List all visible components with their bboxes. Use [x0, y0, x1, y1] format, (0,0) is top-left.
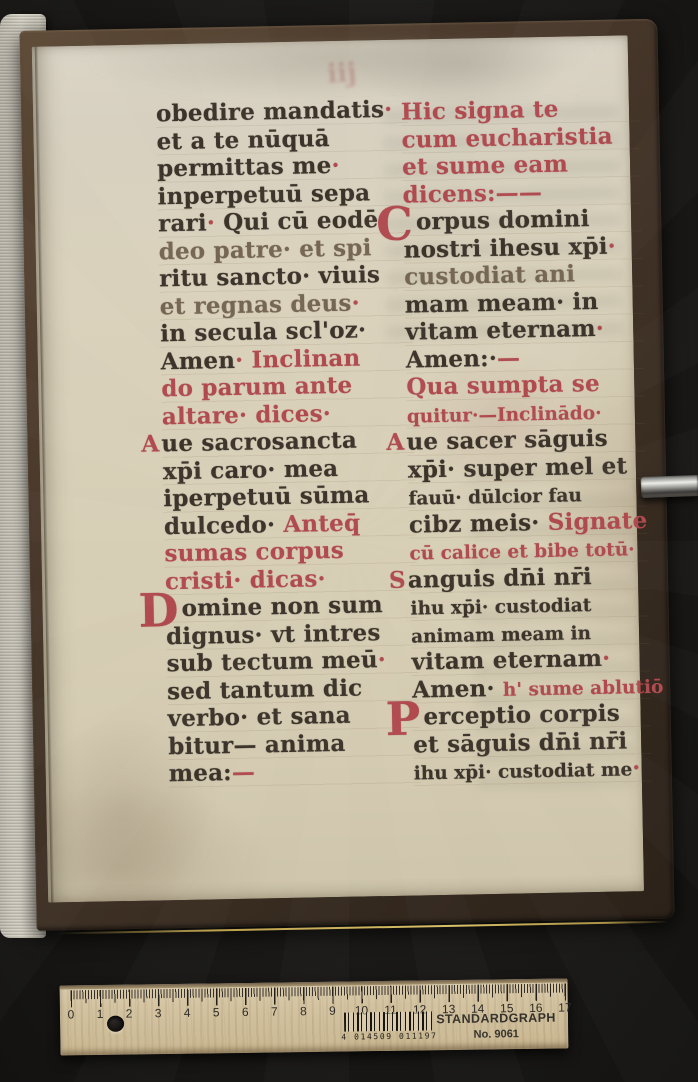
text-segment: xp̄i· super mel et: [408, 452, 628, 483]
text-segment: et sume eam: [402, 150, 568, 180]
manuscript-text-line: cum eucharistia: [401, 122, 639, 154]
text-segment: Inclinan: [251, 344, 360, 373]
text-segment: fauū· dūlcior fau: [408, 485, 582, 509]
text-segment: vitam eternam: [405, 315, 596, 346]
manuscript-text-line: rari· Qui cū eodē: [158, 206, 410, 238]
text-segment: mea:: [168, 759, 232, 787]
text-segment: et regnas deus: [159, 289, 351, 320]
text-segment: D: [138, 583, 179, 638]
text-segment: Signate: [547, 507, 647, 536]
manuscript-text-line: cū calice et bibe totū·: [409, 534, 647, 566]
ruler-brand-label: STANDARDGRAPH: [432, 1011, 560, 1027]
text-segment: quitur·—Inclinādo·: [407, 402, 602, 427]
text-segment: h' sume ablutiō: [503, 676, 664, 700]
ruler-number: 7: [271, 1005, 278, 1019]
text-segment: custodiat ani: [404, 260, 575, 290]
text-segment: bitur— anima: [168, 729, 346, 759]
text-segment: ·: [596, 315, 605, 342]
text-segment: cristi· dicas·: [165, 565, 326, 595]
text-segment: ·: [378, 646, 387, 673]
text-segment: sumas corpus: [164, 537, 344, 567]
text-segment: anguis dn̄i nr̄i: [408, 563, 593, 594]
text-segment: mam meam· in: [404, 287, 598, 318]
ruler-barcode: [344, 1011, 432, 1031]
text-segment: Hic signa te: [401, 96, 559, 126]
text-segment: Qui cū eodē: [215, 206, 379, 236]
manuscript-text-line: ihu xp̄i· custodiat me·: [413, 754, 651, 786]
ruler-number: 17: [558, 1000, 572, 1014]
text-segment: cū calice et bibe totū·: [409, 539, 635, 564]
ruler-number: 2: [126, 1007, 133, 1021]
ruler-number: 1: [97, 1007, 104, 1021]
text-segment: ritu sancto· viuis: [159, 261, 380, 292]
text-segment: omine non sum: [181, 591, 383, 622]
ruler-number: 5: [213, 1005, 220, 1019]
text-segment: Amen: [161, 346, 236, 374]
text-segment: animam meam in: [411, 623, 591, 647]
text-segment: nostri ihesu xp̄i: [403, 232, 607, 263]
faint-folio-mark: iij: [326, 58, 357, 90]
measuring-ruler: 01234567891011121314151617 4 014509 0111…: [60, 978, 569, 1055]
text-segment: —: [497, 344, 521, 371]
text-column-right: Hic signa tecum eucharistiaet sume eamdi…: [401, 94, 652, 786]
text-segment: Qua sumpta se: [406, 370, 600, 401]
ruler-number: 3: [155, 1006, 162, 1020]
text-segment: cibz meis·: [409, 508, 548, 538]
ruler-barcode-digits: 4 014509 011197: [341, 1031, 437, 1041]
text-segment: vitam eternam: [411, 645, 602, 676]
text-segment: erceptio corpis: [423, 700, 620, 731]
text-segment: Amen·: [412, 674, 503, 703]
text-segment: cum eucharistia: [401, 122, 613, 153]
text-segment: P: [385, 691, 421, 746]
ruler-number: 0: [67, 1007, 74, 1021]
ruler-hanging-hole: [107, 1016, 124, 1032]
text-segment: inperpetuū sepa: [157, 179, 370, 210]
ruler-number: 4: [184, 1006, 191, 1020]
text-segment: A: [141, 430, 160, 457]
manuscript-text-line: mea:—: [168, 755, 420, 787]
ruler-model-label: No. 9061: [432, 1028, 560, 1042]
text-segment: xp̄i caro· mea: [163, 454, 339, 484]
text-segment: C: [376, 196, 414, 251]
text-segment: dulcedo·: [164, 511, 276, 540]
manuscript-text-line: obedire mandatis·: [156, 96, 408, 128]
text-segment: ·: [351, 289, 360, 316]
book-clasp: [641, 475, 698, 498]
text-segment: ·: [235, 346, 252, 373]
ruler-number: 8: [300, 1004, 307, 1018]
text-segment: ·: [632, 754, 641, 781]
text-segment: ihu xp̄i· custodiat: [410, 595, 591, 619]
manuscript-text-line: sub tectum meū·: [166, 645, 418, 677]
text-segment: et sāguis dn̄i nr̄i: [413, 727, 628, 758]
manuscript-text-line: nostri ihesu xp̄i·: [403, 232, 641, 264]
text-segment: iperpetuū sūma: [163, 481, 370, 512]
text-segment: ihu xp̄i· custodiat me: [414, 759, 633, 784]
text-segment: deo patre· et spi: [158, 234, 371, 265]
manuscript-text-line: xp̄i· super mel et: [408, 452, 646, 484]
text-segment: ue sacer sāguis: [406, 425, 608, 456]
text-segment: Anteq̄: [275, 509, 361, 538]
text-segment: altare· dices·: [162, 400, 332, 430]
text-segment: sub tectum meū: [166, 646, 378, 677]
text-segment: dignus· vt intres: [166, 619, 381, 650]
text-segment: S: [389, 566, 406, 593]
text-segment: in secula scl'oz·: [160, 316, 366, 347]
open-book: iij obedire mandatis·et a te nūquāpermit…: [19, 19, 674, 931]
parchment-page: iij obedire mandatis·et a te nūquāpermit…: [32, 35, 644, 902]
text-segment: obedire mandatis: [156, 96, 385, 127]
text-segment: —: [232, 759, 256, 786]
text-segment: sed tantum dic: [167, 674, 363, 705]
text-segment: et a te nūquā: [156, 125, 330, 155]
ruler-number: 9: [329, 1004, 336, 1018]
text-segment: ·: [607, 232, 616, 259]
text-segment: ·: [384, 96, 393, 123]
text-segment: orpus domini: [416, 205, 590, 235]
text-segment: permittas me: [157, 152, 332, 182]
text-segment: ue sacrosancta: [161, 427, 357, 458]
text-segment: verbo· et sana: [167, 702, 351, 733]
text-segment: rari: [158, 209, 207, 237]
photograph-background: iij obedire mandatis·et a te nūquāpermit…: [0, 0, 698, 1082]
text-segment: do parum ante: [161, 372, 353, 403]
text-segment: Amen:·: [406, 344, 498, 373]
text-segment: A: [386, 429, 405, 456]
text-segment: ·: [602, 645, 611, 672]
text-segment: ·: [331, 152, 340, 179]
ruler-number: 6: [242, 1005, 249, 1019]
text-segment: dicens:——: [402, 178, 542, 208]
manuscript-text-line: ritu sancto· viuis: [159, 261, 411, 293]
